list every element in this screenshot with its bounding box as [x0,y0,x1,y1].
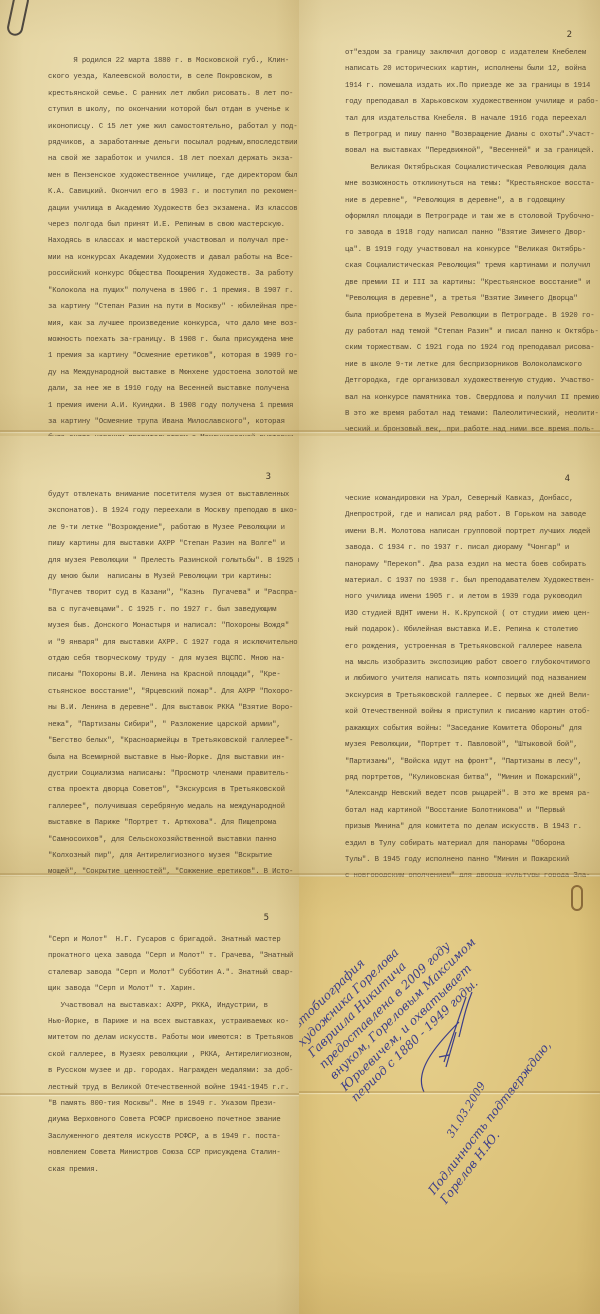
page-5-text: "Серп и Молот" Н.Г. Гусаров с бригадой. … [48,932,287,1178]
document-page-2: 2 от"ездом за границу заключил договор с… [299,0,600,436]
page-number: 4 [565,474,570,484]
signature-icon [404,977,484,1097]
document-page-1: Я родился 22 марта 1880 г. в Московской … [0,0,299,436]
page-2-text: от"ездом за границу заключил договор с и… [345,45,588,436]
document-page-5: 5 "Серп и Молот" Н.Г. Гусаров с бригадой… [0,877,299,1314]
page-number: 2 [567,30,572,40]
fold-line [299,1091,600,1093]
fold-line [0,1093,299,1095]
fold-line [299,873,600,875]
fold-line [0,430,299,432]
page-number: 5 [264,913,269,923]
page-3-text: будут отвлекать внимание посетителя музе… [48,487,287,877]
page-1-text: Я родился 22 марта 1880 г. в Московской … [48,53,287,436]
document-page-4: 4 ческие командировки на Урал, Северный … [299,436,600,877]
document-page-3: 3 будут отвлекать внимание посетителя му… [0,436,299,877]
page-4-text: ческие командировки на Урал, Северный Ка… [345,491,588,877]
fold-line [0,873,299,875]
page-number: 3 [266,472,271,482]
fold-line [299,430,600,432]
paperclip-icon [6,0,31,37]
document-page-6-handwritten: Автобиография художника Горелова Гавриил… [299,877,600,1314]
